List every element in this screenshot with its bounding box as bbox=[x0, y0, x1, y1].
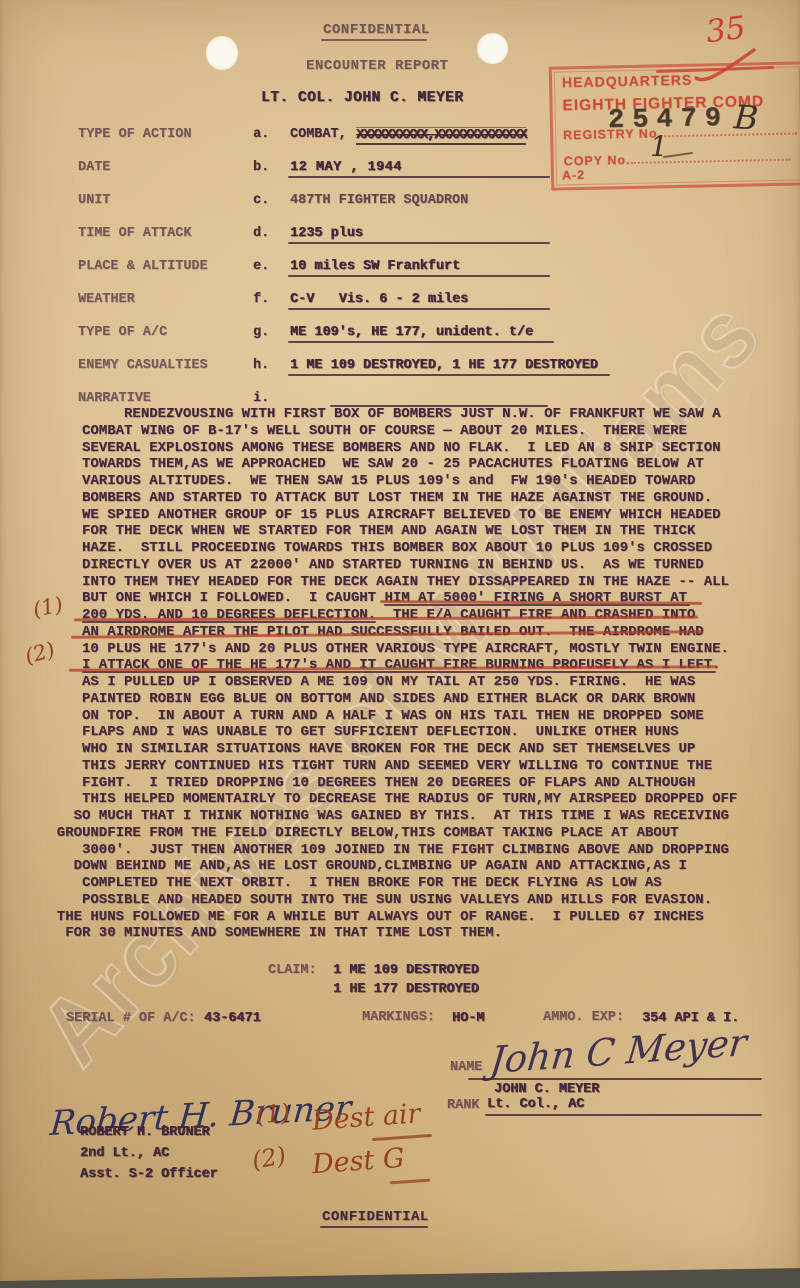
form-value: 1 ME 109 DESTROYED, 1 HE 177 DESTROYED bbox=[290, 358, 598, 373]
officer-rank: 2nd Lt., AC bbox=[80, 1146, 169, 1161]
form-letter: c. bbox=[253, 193, 269, 208]
officer-name-typed: ROBERT H. BRUNER bbox=[80, 1125, 210, 1140]
form-letter: h. bbox=[253, 358, 269, 373]
form-value: 487TH FIGHTER SQUADRON bbox=[290, 193, 468, 208]
typed-underline bbox=[82, 621, 376, 623]
note-1-number: (1) bbox=[255, 1098, 292, 1129]
form-label: TYPE OF A/C bbox=[78, 325, 167, 340]
stamp-copy-row: COPY No. bbox=[564, 147, 791, 169]
name-label: NAME bbox=[450, 1060, 482, 1075]
form-value: 12 MAY , 1944 bbox=[290, 160, 402, 175]
fill-in-line bbox=[288, 242, 550, 244]
stamp-copy-number-handwritten: 1 bbox=[650, 130, 668, 163]
signature-line bbox=[468, 1078, 762, 1080]
doc-type-title: ENCOUNTER REPORT bbox=[306, 58, 448, 74]
claim-label: CLAIM: bbox=[268, 963, 317, 978]
stamp-copy-label: COPY No. bbox=[564, 153, 631, 168]
fill-in-line bbox=[288, 374, 610, 376]
form-letter: d. bbox=[253, 226, 269, 241]
fill-in-line bbox=[288, 275, 550, 277]
note-2-number: (2) bbox=[250, 1141, 288, 1174]
form-letter: f. bbox=[253, 292, 269, 307]
officer-title: Asst. S-2 Officer bbox=[80, 1167, 218, 1182]
form-letter: g. bbox=[253, 325, 269, 340]
fill-in-line bbox=[288, 308, 550, 310]
name-typed: JOHN C. MEYER bbox=[494, 1082, 599, 1097]
handwritten-underline bbox=[372, 1134, 432, 1141]
fill-in-line bbox=[288, 341, 554, 343]
form-letter: b. bbox=[253, 160, 269, 175]
typed-underline bbox=[384, 604, 690, 606]
meyer-signature: John C Meyer bbox=[488, 1021, 749, 1082]
struck-out-text: XXXXXXXXXX,XXXXXXXXXXXXX bbox=[356, 127, 526, 145]
form-label: PLACE & ALTITUDE bbox=[78, 259, 208, 274]
claim-line: 1 HE 177 DESTROYED bbox=[333, 982, 479, 997]
markings-label: MARKINGS: bbox=[362, 1010, 435, 1025]
rank-label: RANK bbox=[447, 1098, 479, 1113]
markings-value: HO-M bbox=[452, 1011, 484, 1026]
typed-underline bbox=[82, 671, 716, 673]
stamp-registry-number: 25479 bbox=[608, 104, 730, 136]
note-2-text: Dest G bbox=[311, 1143, 405, 1180]
form-value: 1235 plus bbox=[290, 226, 363, 241]
form-value: COMBAT, bbox=[290, 127, 347, 142]
form-label: UNIT bbox=[78, 193, 110, 208]
stamp-line: HEADQUARTERS bbox=[562, 72, 693, 91]
form-label: WEATHER bbox=[78, 292, 135, 307]
note-1-text: Dest air bbox=[311, 1098, 421, 1136]
form-label: DATE bbox=[78, 160, 110, 175]
classification-top: CONFIDENTIAL bbox=[323, 22, 430, 38]
form-label: TYPE OF ACTION bbox=[78, 127, 191, 142]
handwritten-underline bbox=[390, 1179, 430, 1184]
form-value: C-V Vis. 6 - 2 miles bbox=[290, 292, 468, 307]
fill-in-line bbox=[485, 1114, 762, 1116]
form-letter: i. bbox=[253, 391, 269, 406]
paper-sheet: Archives of M Williams CONFIDENTIAL ENCO… bbox=[0, 0, 800, 1288]
serial-label: SERIAL # OF A/C: bbox=[66, 1011, 196, 1026]
punch-hole-icon bbox=[206, 36, 238, 70]
fill-in-line bbox=[288, 176, 550, 178]
rank-value: Lt. Col., AC bbox=[487, 1097, 584, 1112]
classification-bottom: CONFIDENTIAL bbox=[322, 1209, 429, 1225]
form-label: TIME OF ATTACK bbox=[78, 226, 191, 241]
underline bbox=[320, 1226, 428, 1228]
form-value: ME 109's, HE 177, unident. t/e bbox=[290, 325, 533, 340]
scanned-document-photo: Archives of M Williams CONFIDENTIAL ENCO… bbox=[0, 0, 800, 1288]
serial-value: 43-6471 bbox=[204, 1011, 261, 1026]
narrative-text: RENDEZVOUSING WITH FIRST BOX OF BOMBERS … bbox=[40, 406, 737, 942]
form-letter: e. bbox=[253, 259, 269, 274]
stamp-registry-suffix-handwritten: B bbox=[733, 97, 760, 138]
underline bbox=[321, 39, 427, 41]
page-title: LT. COL. JOHN C. MEYER bbox=[261, 90, 463, 106]
form-label: ENEMY CASUALTIES bbox=[78, 358, 208, 373]
claim-line: 1 ME 109 DESTROYED bbox=[333, 963, 479, 978]
stamp-section: A-2 bbox=[562, 168, 585, 182]
ammo-label: AMMO. EXP: bbox=[543, 1010, 624, 1025]
punch-hole-icon bbox=[477, 33, 508, 64]
form-value: 10 miles SW Frankfurt bbox=[290, 259, 460, 274]
form-label: NARRATIVE bbox=[78, 391, 151, 406]
form-letter: a. bbox=[253, 127, 269, 142]
